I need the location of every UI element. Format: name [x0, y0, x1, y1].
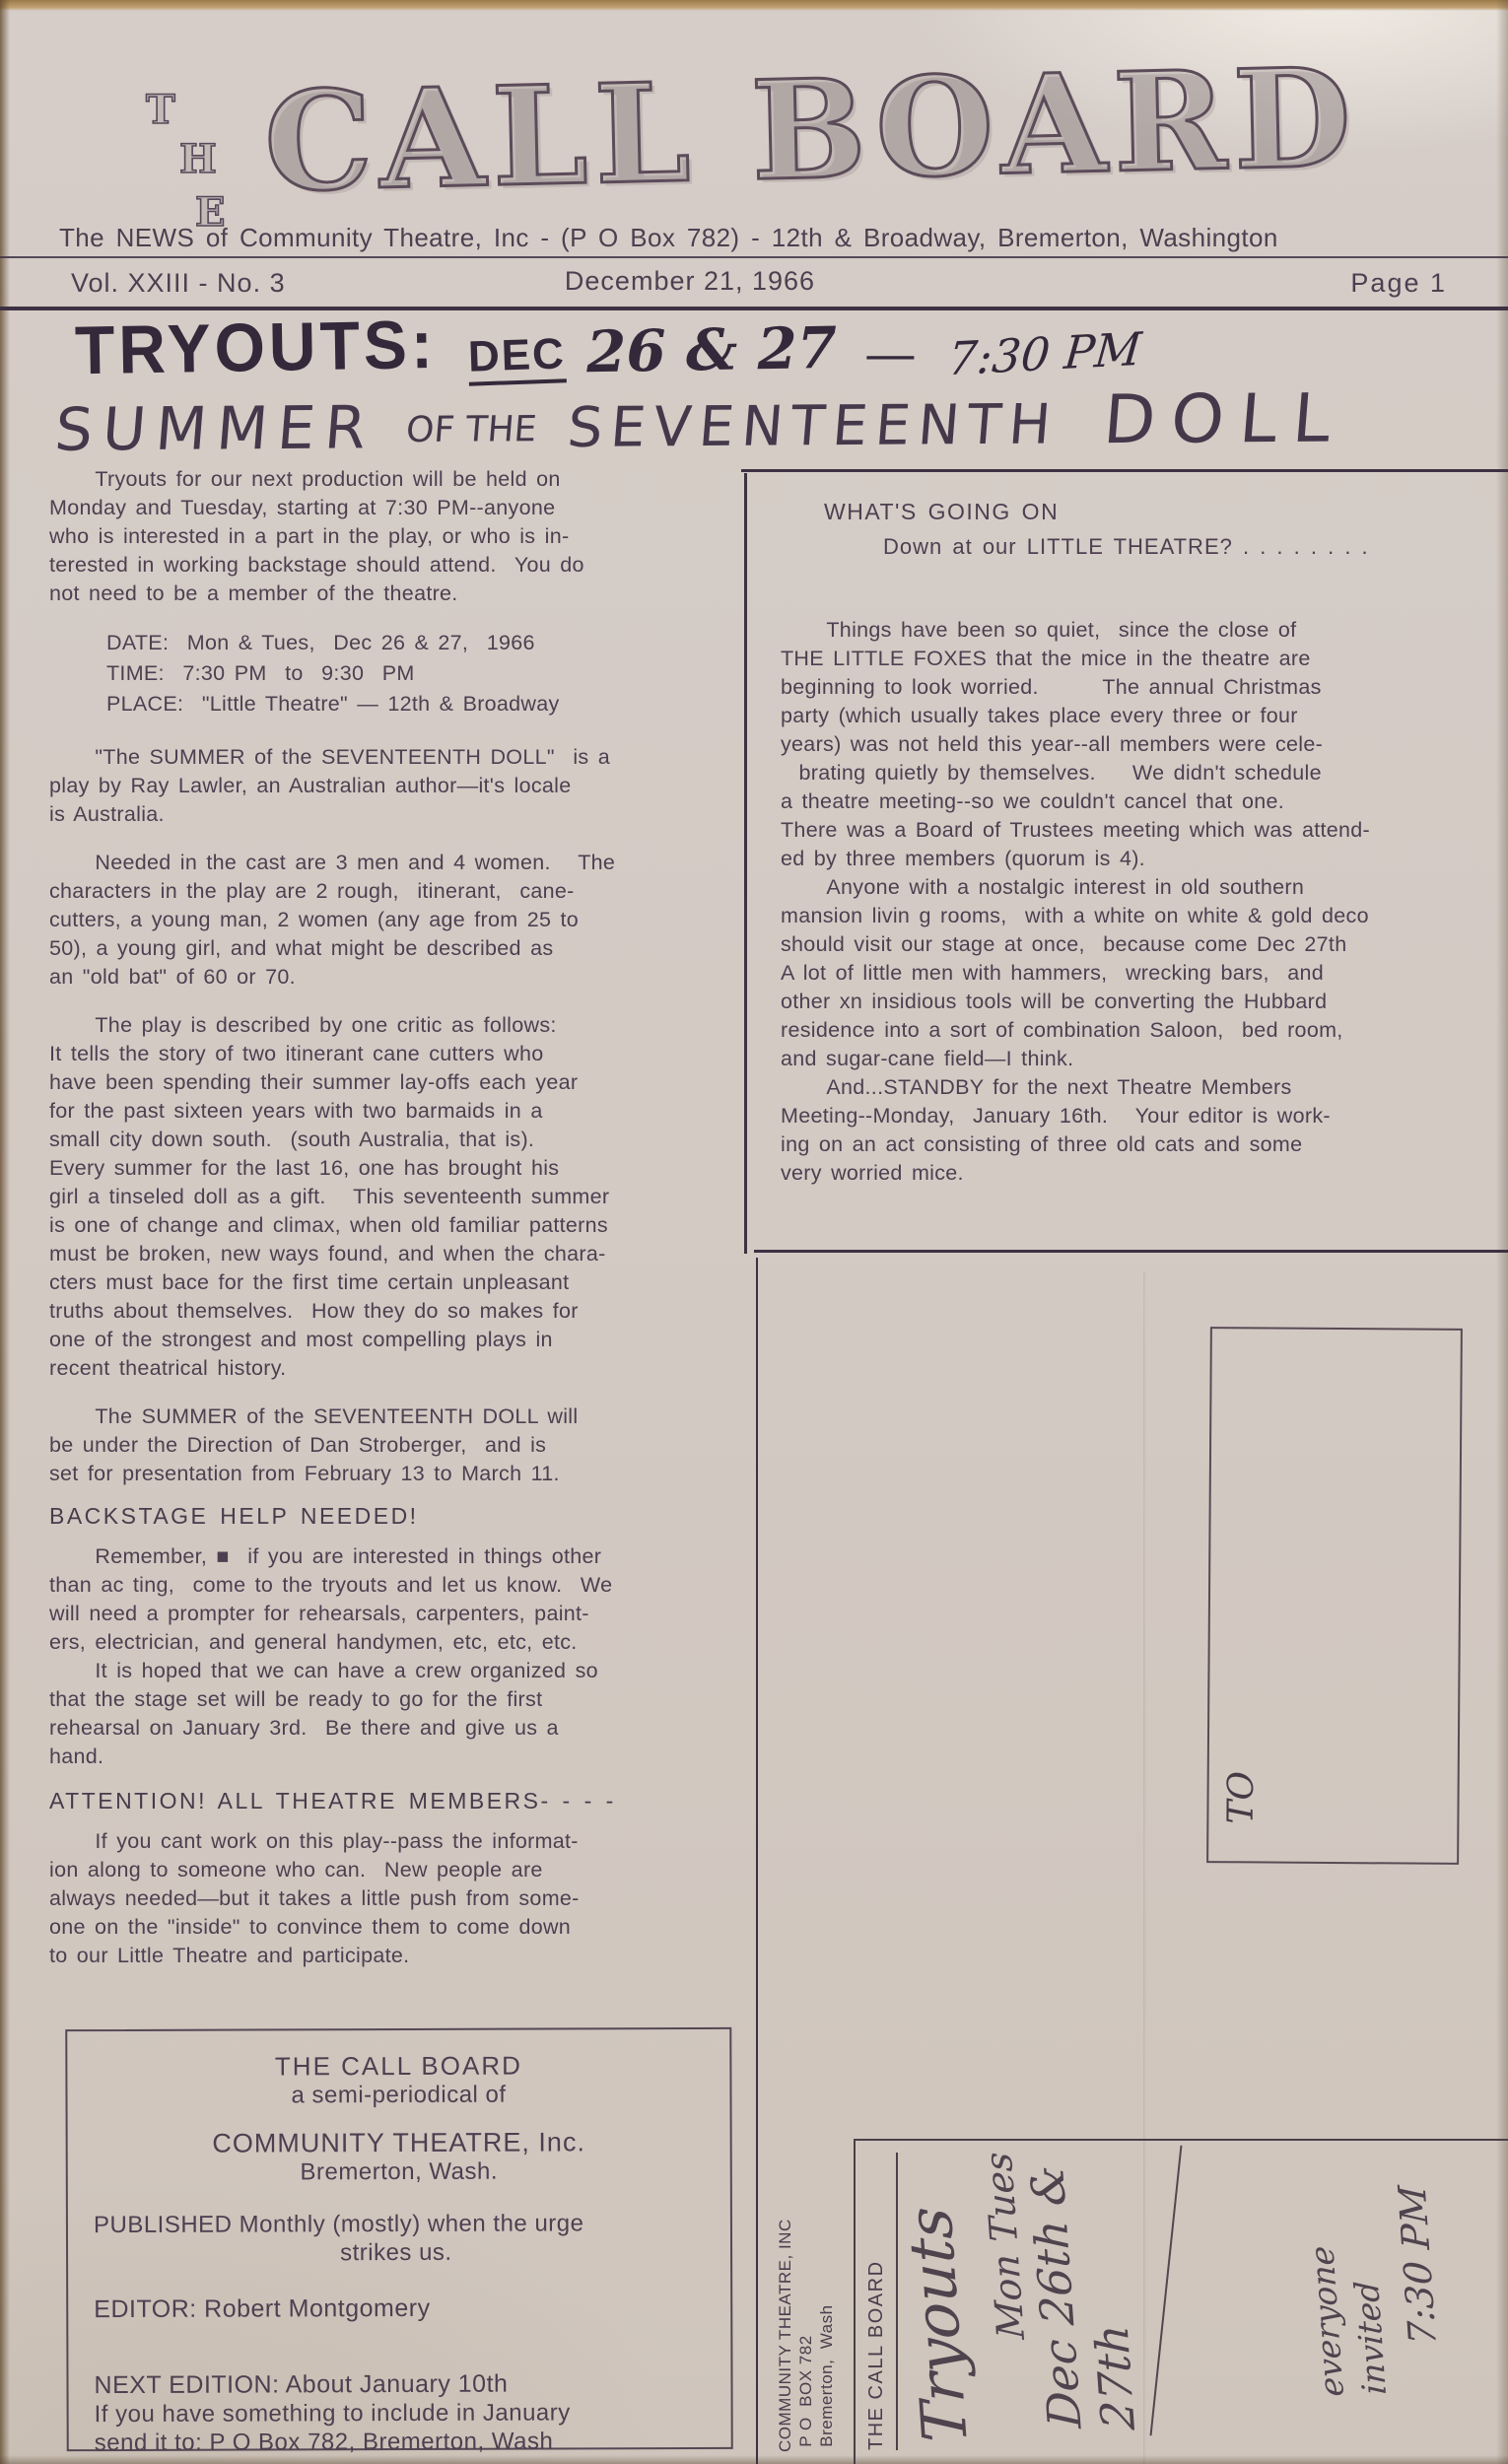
paragraph-tryouts-intro: Tryouts for our next production will be … [49, 465, 761, 608]
headline-play-title: SUMMER OF THE SEVENTEENTH DOLL [55, 379, 1347, 466]
handwritten-tryouts: Tryouts [889, 2147, 982, 2444]
paragraph-cast-needed: Needed in the cast are 3 men and 4 women… [49, 849, 761, 992]
heading-backstage-help: BACKSTAGE HELP NEEDED! [49, 1502, 761, 1531]
mailing-panel-content: COMMUNITY THEATRE, INC P O BOX 782 Breme… [771, 2111, 1508, 2464]
rule-under-subtitle [0, 256, 1508, 258]
paragraph-backstage: Remember, ■ if you are interested in thi… [49, 1542, 761, 1771]
page-number: Page 1 [1350, 268, 1447, 299]
paragraph-director: The SUMMER of the SEVENTEENTH DOLL will … [49, 1403, 761, 1488]
info-next-edition-line3: send it to: P O Box 782, Bremerton, Wash [95, 2427, 706, 2457]
issue-date: December 21, 1966 [0, 266, 1380, 297]
right-column: WHAT'S GOING ON Down at our LITTLE THEAT… [781, 498, 1508, 1188]
publication-info-box: THE CALL BOARD a semi-periodical of COMM… [65, 2027, 732, 2451]
heading-attention-members: ATTENTION! ALL THEATRE MEMBERS- - - - [49, 1787, 761, 1815]
headline-tryouts-line: TRYOUTS: DEC 26 & 27 — 7:30 PM [75, 309, 1141, 384]
info-organization: COMMUNITY THEATRE, Inc. [94, 2128, 705, 2158]
headline-days: 26 & 27 [585, 314, 837, 385]
to-label: TO [1221, 1771, 1262, 1824]
masthead-subtitle: The NEWS of Community Theatre, Inc - (P … [59, 223, 1278, 253]
heading-little-theatre: Down at our LITTLE THEATRE? . . . . . . … [883, 532, 1508, 561]
masthead-the-t: T [146, 87, 175, 133]
paragraph-critic-description: The play is described by one critic as f… [49, 1011, 761, 1383]
headline-tryouts: TRYOUTS: [74, 305, 437, 389]
info-next-edition-line2: If you have something to include in Janu… [95, 2398, 706, 2429]
headline-seventeenth: SEVENTEENTH [565, 392, 1061, 460]
headline-doll: DOLL [1101, 379, 1349, 459]
handwritten-time: 7:30 PM [1388, 2148, 1445, 2346]
handwritten-divider-line [1150, 2146, 1183, 2436]
left-column: Tryouts for our next production will be … [49, 465, 761, 1990]
masthead-title: CALL BOARD [262, 36, 1359, 222]
heading-whats-going-on: WHAT'S GOING ON [824, 498, 1508, 526]
handwritten-dates: Dec 26th & 27th [1019, 2146, 1145, 2430]
headline-of-the: OF THE [405, 409, 539, 450]
photo-edge-left [0, 0, 10, 2464]
mailing-label-box: THE CALL BOARD Tryouts Mon Tues Dec 26th… [854, 2139, 1508, 2464]
info-city: Bremerton, Wash. [94, 2156, 705, 2187]
rule-right-column-top [741, 469, 1508, 472]
schedule-block: DATE: Mon & Tues, Dec 26 & 27, 1966 TIME… [106, 628, 761, 719]
paragraph-whats-going-on: Things have been so quiet, since the clo… [781, 616, 1508, 1188]
photo-edge-right [1496, 0, 1508, 2464]
paragraph-attention: If you cant work on this play--pass the … [49, 1827, 761, 1970]
photo-edge-top [0, 0, 1508, 11]
info-title: THE CALL BOARD [93, 2051, 704, 2082]
info-next-edition-line1: NEXT EDITION: About January 10th [94, 2369, 705, 2400]
headline-time: 7:30 PM [946, 322, 1143, 386]
headline-dash: — [866, 327, 914, 381]
rule-right-column-bottom [754, 1250, 1508, 1253]
headline-month: DEC [467, 329, 567, 385]
info-tagline: a semi-periodical of [93, 2080, 704, 2110]
headline-summer: SUMMER [52, 393, 378, 464]
mailing-address-box: TO [1206, 1327, 1463, 1865]
info-published-line2: strikes us. [340, 2237, 705, 2267]
newsletter-page: T H E CALL BOARD The NEWS of Community T… [0, 0, 1508, 2464]
paragraph-play-author: "The SUMMER of the SEVENTEENTH DOLL" is … [49, 743, 761, 829]
info-editor: EDITOR: Robert Montgomery [94, 2293, 705, 2324]
info-published-line1: PUBLISHED Monthly (mostly) when the urge [94, 2209, 705, 2239]
rotated-mailing-panel: COMMUNITY THEATRE, INC P O BOX 782 Breme… [771, 2111, 1508, 2464]
return-address: COMMUNITY THEATRE, INC P O BOX 782 Breme… [775, 2111, 837, 2452]
masthead-the-h: H [179, 136, 217, 182]
